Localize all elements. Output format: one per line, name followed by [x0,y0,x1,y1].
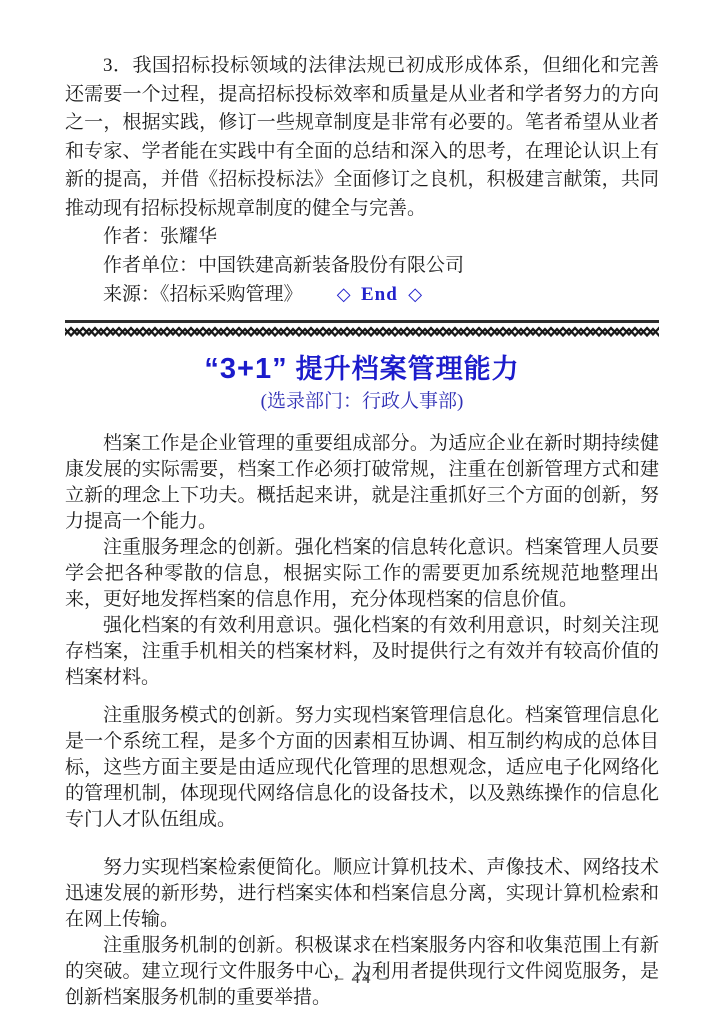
author-unit-line: 作者单位：中国铁建高新装备股份有限公司 [65,252,659,281]
source-line: 来源：《招标采购管理》◇End◇ [65,280,659,310]
source-text: 来源：《招标采购管理》 [103,284,303,305]
body-paragraph-4: 注重服务模式的创新。努力实现档案管理信息化。档案管理信息化是一个系统工程，是多个… [65,703,659,833]
divider-top-line [65,320,659,323]
title-text-part: 提升档案管理能力 [296,354,520,384]
prev-article-paragraph: 3．我国招标投标领域的法律法规已初成形成体系，但细化和完善还需要一个过程，提高招… [65,52,659,223]
article-body: 档案工作是企业管理的重要组成部分。为适应企业在新时期持续健康发展的实际需要，档案… [65,431,659,1011]
article-subtitle: (选录部门：行政人事部) [65,389,659,415]
document-page: 3．我国招标投标领域的法律法规已初成形成体系，但细化和完善还需要一个过程，提高招… [0,0,724,1024]
diamond-icon-left: ◇ [337,284,351,304]
diamond-icon-right: ◇ [408,284,422,304]
body-paragraph-2: 注重服务理念的创新。强化档案的信息转化意识。档案管理人员要学会把各种零散的信息，… [65,535,659,613]
author-line: 作者：张耀华 [65,223,659,252]
page-content: 3．我国招标投标领域的法律法规已初成形成体系，但细化和完善还需要一个过程，提高招… [65,52,659,1011]
article-title: “3+1”提升档案管理能力 [65,349,659,387]
page-number: – 44 – [0,968,724,988]
zigzag-divider [65,320,659,338]
body-paragraph-5: 努力实现档案检索便简化。顺应计算机技术、声像技术、网络技术迅速发展的新形势，进行… [65,855,659,933]
body-paragraph-3: 强化档案的有效利用意识。强化档案的有效利用意识，时刻关注现存档案，注重手机相关的… [65,613,659,691]
end-mark: ◇End◇ [337,284,422,305]
title-numeric-part: “3+1” [204,353,287,385]
body-paragraph-1: 档案工作是企业管理的重要组成部分。为适应企业在新时期持续健康发展的实际需要，档案… [65,431,659,535]
zigzag-pattern [65,325,659,338]
end-label: End [361,284,398,305]
